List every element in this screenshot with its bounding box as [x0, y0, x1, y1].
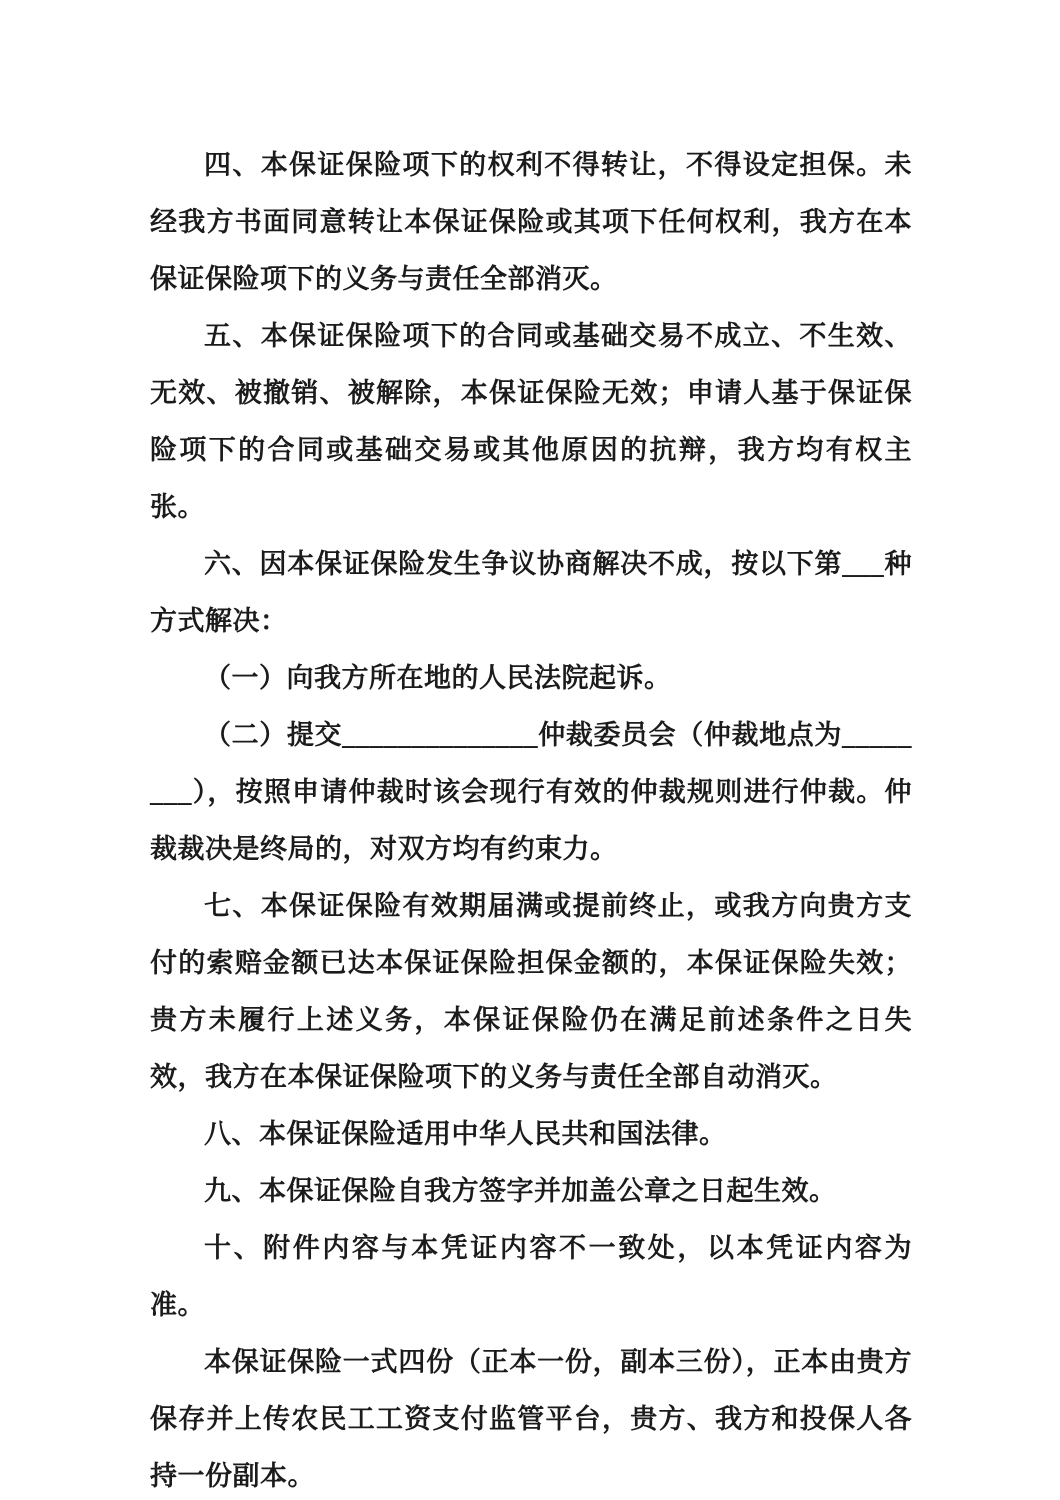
document-body: 四、本保证保险项下的权利不得转让，不得设定担保。未经我方书面同意转让本保证保险或… [150, 137, 912, 1500]
clause-6-paragraph: 六、因本保证保险发生争议协商解决不成，按以下第___种方式解决： [150, 536, 912, 650]
clause-6-option-2: （二）提交______________仲裁委员会（仲裁地点为________），… [150, 707, 912, 878]
clause-9-paragraph: 九、本保证保险自我方签字并加盖公章之日起生效。 [150, 1163, 912, 1220]
clause-6-option-1: （一）向我方所在地的人民法院起诉。 [150, 650, 912, 707]
clause-7-paragraph: 七、本保证保险有效期届满或提前终止，或我方向贵方支付的索赔金额已达本保证保险担保… [150, 878, 912, 1106]
clause-5-paragraph: 五、本保证保险项下的合同或基础交易不成立、不生效、无效、被撤销、被解除，本保证保… [150, 308, 912, 536]
clause-10-paragraph: 十、附件内容与本凭证内容不一致处，以本凭证内容为准。 [150, 1220, 912, 1334]
clause-8-paragraph: 八、本保证保险适用中华人民共和国法律。 [150, 1106, 912, 1163]
clause-4-paragraph: 四、本保证保险项下的权利不得转让，不得设定担保。未经我方书面同意转让本保证保险或… [150, 137, 912, 308]
document-page: 四、本保证保险项下的权利不得转让，不得设定担保。未经我方书面同意转让本保证保险或… [0, 0, 1060, 1500]
closing-paragraph: 本保证保险一式四份（正本一份，副本三份），正本由贵方保存并上传农民工工资支付监管… [150, 1334, 912, 1500]
